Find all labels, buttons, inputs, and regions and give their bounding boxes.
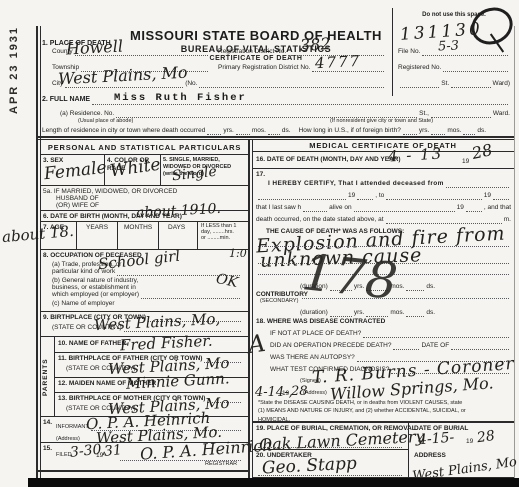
form-border-left: [36, 26, 38, 478]
d2-yrs-line: [330, 314, 352, 317]
age-months-label: MONTHS: [124, 224, 152, 232]
d1-ds-line: [406, 288, 424, 291]
date-of-death-value: 4 - 13: [388, 147, 444, 165]
certify-dots2a: [258, 197, 346, 200]
rule-l1: [40, 154, 248, 155]
rule-l10: [54, 392, 248, 393]
parents-label: PARENTS: [42, 342, 49, 412]
registered-no-label: Registered No.: [398, 64, 441, 72]
rule-r3: [252, 421, 514, 423]
length-residence-row: Length of residence in city or town wher…: [42, 127, 510, 135]
operation-line: [393, 347, 419, 350]
d2-yrs: yrs.: [354, 309, 364, 317]
d2-mos: mos.: [390, 309, 404, 317]
registration-district-label: Registration District No.: [218, 48, 286, 56]
marital-value: Single: [171, 165, 217, 184]
parents-divider: [54, 336, 55, 416]
occ-c-label: (c) Name of employer: [52, 300, 115, 308]
scan-artifact-bar: [28, 478, 519, 487]
foreign-label: How long in U.S., if of foreign birth?: [299, 127, 401, 135]
burial-year-prefix: 19: [466, 438, 473, 446]
column-divider: [248, 139, 250, 478]
age-div3: [158, 221, 159, 249]
lr-ds-label: ds.: [282, 127, 291, 135]
certify-19b: 19: [484, 192, 491, 200]
registered-no-row: Registered No.: [398, 64, 510, 72]
certify-dots3b: [354, 209, 455, 212]
filed-year-prefix: 19: [96, 452, 103, 460]
lr-yrs-line: [207, 132, 221, 135]
d2-mos-line: [366, 314, 388, 317]
form-bottom-rule: [36, 470, 248, 472]
autopsy-label: WAS THERE AN AUTOPSY?: [270, 354, 355, 362]
sign-address-label: (Address): [303, 390, 327, 397]
residence-st-label: St.,: [419, 110, 429, 118]
residence-row: (a) Residence. No. St., Ward.: [60, 110, 510, 118]
certify-line4: death occurred, on the date stated above…: [256, 216, 511, 224]
certify-dots1: [446, 185, 509, 188]
certify-text1: I HEREBY CERTIFY, That I attended deceas…: [268, 180, 444, 188]
footnote-line2: (1) MEANS AND NATURE OF INJURY, and (2) …: [258, 407, 510, 415]
certify-line2: 19 , to 19: [256, 192, 511, 200]
certify-line1: I HEREBY CERTIFY, That I attended deceas…: [268, 180, 511, 188]
length-residence-label: Length of residence in city or town wher…: [42, 127, 205, 135]
certify-19a: 19: [348, 192, 355, 200]
lr-yrs-label: yrs.: [223, 127, 233, 135]
primary-registration-value: 4777: [315, 54, 362, 71]
q18-label: 18. WHERE WAS DISEASE CONTRACTED: [256, 318, 385, 326]
age-days-label: DAYS: [168, 224, 185, 232]
st-label: St.: [441, 80, 449, 88]
d2-ds-line: [406, 314, 424, 317]
filed-year-value: 31: [103, 443, 122, 459]
st-line: [400, 85, 439, 88]
q18b-label: IF NOT AT PLACE OF DEATH?: [270, 330, 361, 338]
age-less-line3: or ........min.: [201, 235, 247, 241]
certify-andthat: , and that: [484, 204, 511, 212]
certify-dots3a: [303, 209, 327, 212]
secondary-label: (SECONDARY): [260, 298, 298, 305]
file-no-line: [422, 53, 508, 56]
full-name-label: 2. FULL NAME: [42, 96, 90, 105]
age-value: about 18.: [1, 224, 74, 245]
certify-text3a: that I last saw h: [256, 204, 301, 212]
burial-date-value: 4-15-: [418, 431, 455, 447]
certify-dots3c: [466, 209, 482, 212]
age-years-label: YEARS: [86, 224, 108, 232]
d1-ds: ds.: [426, 283, 435, 291]
nonresident-note: (If nonresident give city or town and St…: [330, 118, 433, 125]
board-title: MISSOURI STATE BOARD OF HEALTH: [120, 28, 392, 43]
ward-label: Ward): [493, 80, 510, 88]
lr-mos-line: [236, 132, 250, 135]
undertaker-line: [258, 473, 402, 476]
age-div4: [197, 221, 198, 249]
st-ward-row: St. Ward): [398, 80, 510, 88]
full-name-value: Miss Ruth Fisher: [114, 92, 247, 104]
burial-place-line: [258, 445, 402, 448]
operation-label: DID AN OPERATION PRECEDE DEATH?: [270, 342, 391, 350]
certify-alive: alive on: [329, 204, 351, 212]
primary-registration-label: Primary Registration District No.: [218, 64, 310, 72]
undertaker-line-row: [256, 473, 404, 476]
undertaker-address-label: ADDRESS: [414, 452, 446, 460]
certify-dots2d: [493, 197, 509, 200]
q18b-row: IF NOT AT PLACE OF DEATH?: [270, 330, 511, 338]
county-value: Howell: [66, 39, 124, 58]
age-div2: [117, 221, 118, 249]
certify-line3: that I last saw h alive on 19 , and that: [256, 204, 511, 212]
column-divider-inner: [252, 139, 253, 478]
q18b-line: [363, 335, 509, 338]
certify-text4: death occurred, on the date stated above…: [256, 216, 384, 224]
fb-mos-label: mos.: [447, 127, 461, 135]
rule-r4: [252, 449, 408, 450]
informant-no: 14.: [43, 419, 52, 427]
abode-note: (Usual place of abode): [78, 118, 133, 125]
circled-flourish-mark: [466, 1, 518, 50]
file-no-value: 5-3: [438, 39, 460, 53]
registered-no-line: [443, 69, 508, 72]
lr-ds-line: [268, 132, 280, 135]
duration2-label: (duration): [300, 309, 328, 317]
rule-l2: [40, 185, 248, 186]
death-certificate-document: APR 23 1931 MISSOURI STATE BOARD OF HEAL…: [0, 0, 519, 487]
rule-r2: [252, 168, 514, 169]
section-rule-top: [36, 136, 514, 138]
wife-of-label: (OR) WIFE OF: [56, 202, 99, 210]
burial-year-value: 28: [476, 429, 496, 445]
contributory-scrawl-mark: 178: [299, 243, 400, 311]
d2-ds: ds.: [426, 309, 435, 317]
date-of-death-label: 16. DATE OF DEATH (MONTH, DAY AND YEAR): [256, 156, 401, 164]
occ-a-row: particular kind of work: [52, 268, 242, 276]
lr-mos-label: mos.: [252, 127, 266, 135]
footnote-line1: *State the DISEASE CAUSING DEATH, or in …: [258, 399, 510, 407]
residence-label: (a) Residence. No.: [60, 110, 114, 118]
fb-mos-line: [431, 132, 445, 135]
fb-yrs-line: [403, 132, 417, 135]
residence-ward-label: Ward.: [493, 110, 510, 118]
filed-no: 15.: [43, 445, 52, 453]
father-value: Fred Fisher.: [120, 334, 213, 354]
occupation-stray-mark: 1:0: [229, 248, 247, 259]
occ-b-row: which employed (or employer): [52, 291, 242, 299]
burial-place-line-row: [256, 445, 404, 448]
header-box-divider: [392, 8, 393, 96]
certify-dots2c: [386, 197, 481, 200]
occ-b-line: [141, 296, 240, 299]
age-less-note: If LESS than 1 day, ........hrs. or ....…: [201, 223, 247, 241]
operation-date-label: DATE OF: [421, 342, 449, 350]
residence-st-line: [431, 115, 491, 118]
certify-to: , to: [375, 192, 384, 200]
operation-date-line: [451, 347, 509, 350]
street-no-line: [199, 85, 384, 88]
sign-year-prefix: 19: [282, 390, 289, 398]
certify-no: 17.: [256, 171, 265, 179]
father-label: 10. NAME OF FATHER: [58, 340, 126, 348]
form-border-right: [514, 26, 515, 478]
color-race-value: White: [109, 157, 162, 181]
registrar-label: REGISTRAR: [205, 461, 237, 468]
ward-line: [451, 85, 490, 88]
rule-l8: [54, 352, 248, 353]
operation-row: DID AN OPERATION PRECEDE DEATH? DATE OF: [270, 342, 511, 350]
age-div1: [76, 221, 77, 249]
certify-19c: 19: [457, 204, 464, 212]
operation-scrawl-mark: A: [246, 329, 267, 359]
sex-value: Female: [43, 160, 107, 183]
fb-ds-label: ds.: [477, 127, 486, 135]
certify-dots2b: [357, 197, 373, 200]
section-rule-top2: [36, 139, 514, 140]
mother-value: Minnie Gunn.: [126, 371, 230, 391]
occ-b-label3: which employed (or employer): [52, 291, 139, 299]
informant-label: INFORMANT: [56, 424, 89, 431]
dod-year-prefix: 19: [462, 158, 469, 166]
personal-particulars-header: PERSONAL AND STATISTICAL PARTICULARS: [41, 143, 248, 152]
duration-row2: (duration) yrs. mos. ds.: [300, 309, 511, 317]
dob-value: about 1910.: [136, 202, 222, 220]
registration-district-value: 382: [299, 36, 331, 54]
full-name-row: 2. FULL NAME: [42, 96, 510, 105]
form-border-left-inner: [40, 26, 41, 478]
dod-year-value: 28: [471, 142, 494, 162]
occ-b-stray-mark: OK: [215, 272, 239, 290]
fb-ds-line: [463, 132, 475, 135]
file-no-label: File No.: [398, 48, 420, 56]
received-date-stamp: APR 23 1931: [8, 14, 20, 114]
fb-yrs-label: yrs.: [419, 127, 429, 135]
